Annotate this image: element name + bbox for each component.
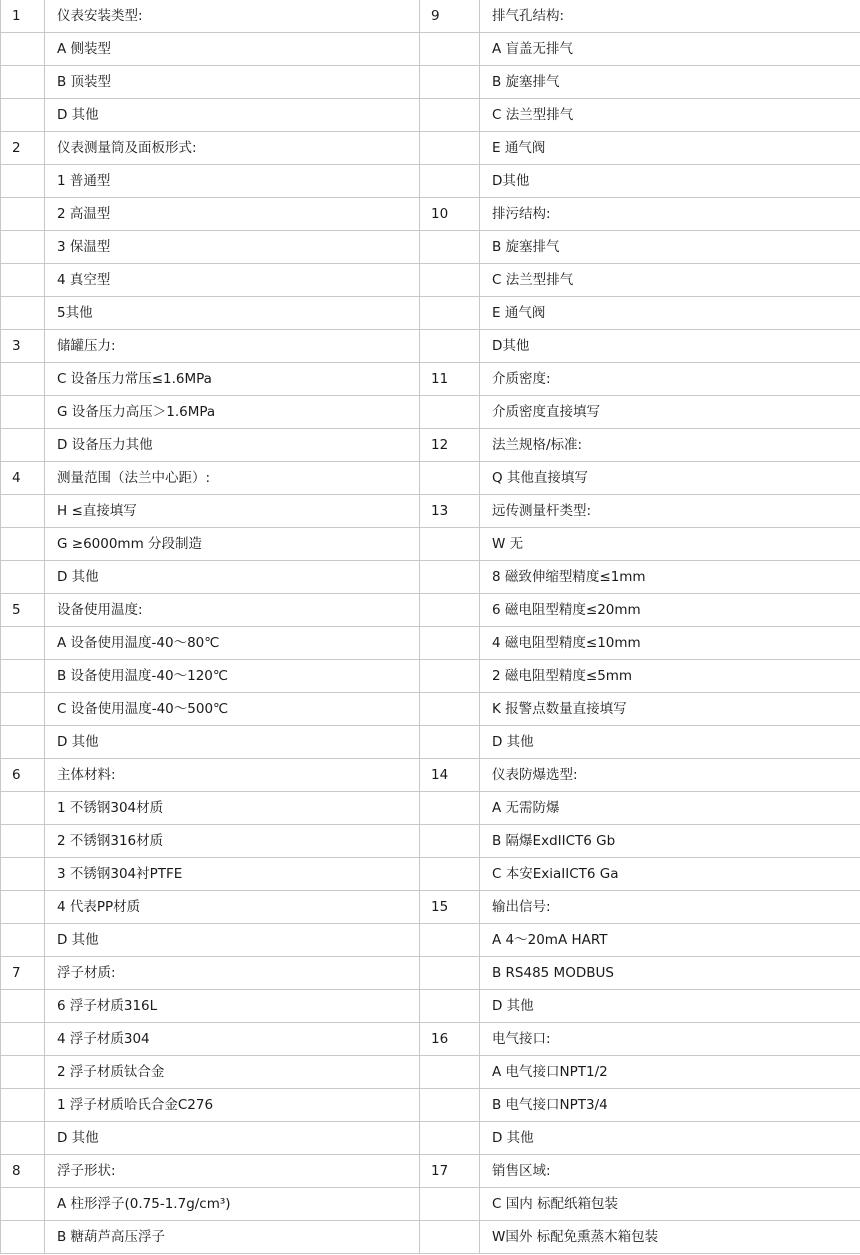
table-row: 3储罐压力:D其他 xyxy=(1,330,860,363)
table-row: D 其他A 4～20mA HART xyxy=(1,924,860,957)
left-item-number xyxy=(1,1221,45,1254)
right-option-text: C 本安ExiaIICT6 Ga xyxy=(480,858,860,891)
right-option-text: D 其他 xyxy=(480,990,860,1023)
right-option-text: 输出信号: xyxy=(480,891,860,924)
table-row: D 其他8 磁致伸缩型精度≤1mm xyxy=(1,561,860,594)
right-option-text: D 其他 xyxy=(480,1122,860,1155)
left-item-number xyxy=(1,363,45,396)
left-item-number xyxy=(1,660,45,693)
left-item-number xyxy=(1,1023,45,1056)
right-item-number xyxy=(420,165,480,198)
left-option-text: 浮子形状: xyxy=(45,1155,420,1188)
table-row: 6 浮子材质316LD 其他 xyxy=(1,990,860,1023)
left-option-text: 储罐压力: xyxy=(45,330,420,363)
left-option-text: D 其他 xyxy=(45,726,420,759)
table-row: 4 真空型C 法兰型排气 xyxy=(1,264,860,297)
right-option-text: K 报警点数量直接填写 xyxy=(480,693,860,726)
left-option-text: A 柱形浮子(0.75-1.7g/cm³) xyxy=(45,1188,420,1221)
left-item-number xyxy=(1,231,45,264)
right-option-text: 排气孔结构: xyxy=(480,0,860,33)
table-row: 2 浮子材质钛合金A 电气接口NPT1/2 xyxy=(1,1056,860,1089)
table-row: 3 保温型B 旋塞排气 xyxy=(1,231,860,264)
left-option-text: B 设备使用温度-40～120℃ xyxy=(45,660,420,693)
right-item-number xyxy=(420,561,480,594)
spec-table-body: 1仪表安装类型:9排气孔结构:A 侧装型A 盲盖无排气B 顶装型B 旋塞排气D … xyxy=(1,0,860,1254)
table-row: 4测量范围（法兰中心距）:Q 其他直接填写 xyxy=(1,462,860,495)
table-row: 8浮子形状:17销售区域: xyxy=(1,1155,860,1188)
table-row: C 设备压力常压≤1.6MPa11介质密度: xyxy=(1,363,860,396)
right-option-text: 排污结构: xyxy=(480,198,860,231)
left-option-text: C 设备压力常压≤1.6MPa xyxy=(45,363,420,396)
right-item-number: 15 xyxy=(420,891,480,924)
right-item-number: 13 xyxy=(420,495,480,528)
table-row: G 设备压力高压＞1.6MPa介质密度直接填写 xyxy=(1,396,860,429)
left-item-number xyxy=(1,891,45,924)
table-row: D 其他D 其他 xyxy=(1,726,860,759)
left-item-number xyxy=(1,627,45,660)
right-item-number: 12 xyxy=(420,429,480,462)
left-item-number xyxy=(1,528,45,561)
right-item-number xyxy=(420,924,480,957)
right-item-number xyxy=(420,594,480,627)
left-item-number xyxy=(1,99,45,132)
left-option-text: B 顶装型 xyxy=(45,66,420,99)
left-option-text: A 侧装型 xyxy=(45,33,420,66)
right-item-number xyxy=(420,396,480,429)
table-row: G ≥6000mm 分段制造W 无 xyxy=(1,528,860,561)
left-item-number: 5 xyxy=(1,594,45,627)
table-row: 5设备使用温度:6 磁电阻型精度≤20mm xyxy=(1,594,860,627)
table-row: 6主体材料:14仪表防爆选型: xyxy=(1,759,860,792)
left-item-number xyxy=(1,792,45,825)
right-option-text: W国外 标配免熏蒸木箱包装 xyxy=(480,1221,860,1254)
left-item-number: 7 xyxy=(1,957,45,990)
right-option-text: 6 磁电阻型精度≤20mm xyxy=(480,594,860,627)
left-item-number xyxy=(1,990,45,1023)
right-option-text: E 通气阀 xyxy=(480,297,860,330)
left-option-text: 测量范围（法兰中心距）: xyxy=(45,462,420,495)
table-row: 3 不锈钢304衬PTFEC 本安ExiaIICT6 Ga xyxy=(1,858,860,891)
right-item-number xyxy=(420,1188,480,1221)
left-option-text: A 设备使用温度-40～80℃ xyxy=(45,627,420,660)
left-item-number xyxy=(1,396,45,429)
left-option-text: 1 不锈钢304材质 xyxy=(45,792,420,825)
left-item-number xyxy=(1,198,45,231)
right-option-text: B 旋塞排气 xyxy=(480,66,860,99)
table-row: 1 普通型D其他 xyxy=(1,165,860,198)
right-item-number xyxy=(420,726,480,759)
right-item-number xyxy=(420,825,480,858)
left-option-text: 3 保温型 xyxy=(45,231,420,264)
table-row: 4 代表PP材质15输出信号: xyxy=(1,891,860,924)
left-option-text: D 设备压力其他 xyxy=(45,429,420,462)
right-item-number: 17 xyxy=(420,1155,480,1188)
right-item-number xyxy=(420,264,480,297)
right-option-text: B RS485 MODBUS xyxy=(480,957,860,990)
left-item-number xyxy=(1,1122,45,1155)
right-item-number xyxy=(420,1221,480,1254)
left-item-number: 6 xyxy=(1,759,45,792)
table-row: A 设备使用温度-40～80℃4 磁电阻型精度≤10mm xyxy=(1,627,860,660)
right-item-number xyxy=(420,1089,480,1122)
right-item-number xyxy=(420,231,480,264)
right-option-text: 介质密度直接填写 xyxy=(480,396,860,429)
right-option-text: B 电气接口NPT3/4 xyxy=(480,1089,860,1122)
right-option-text: 8 磁致伸缩型精度≤1mm xyxy=(480,561,860,594)
right-item-number: 9 xyxy=(420,0,480,33)
left-item-number: 8 xyxy=(1,1155,45,1188)
table-row: 7浮子材质:B RS485 MODBUS xyxy=(1,957,860,990)
left-item-number xyxy=(1,1188,45,1221)
left-option-text: B 糖葫芦高压浮子 xyxy=(45,1221,420,1254)
table-row: B 顶装型B 旋塞排气 xyxy=(1,66,860,99)
right-option-text: E 通气阀 xyxy=(480,132,860,165)
right-option-text: 法兰规格/标准: xyxy=(480,429,860,462)
right-option-text: D其他 xyxy=(480,330,860,363)
table-row: 4 浮子材质30416电气接口: xyxy=(1,1023,860,1056)
right-option-text: W 无 xyxy=(480,528,860,561)
left-option-text: G 设备压力高压＞1.6MPa xyxy=(45,396,420,429)
left-item-number xyxy=(1,561,45,594)
table-row: 5其他E 通气阀 xyxy=(1,297,860,330)
left-option-text: 5其他 xyxy=(45,297,420,330)
left-option-text: D 其他 xyxy=(45,924,420,957)
right-item-number xyxy=(420,330,480,363)
right-item-number xyxy=(420,858,480,891)
right-item-number xyxy=(420,528,480,561)
right-option-text: Q 其他直接填写 xyxy=(480,462,860,495)
left-option-text: 仪表测量筒及面板形式: xyxy=(45,132,420,165)
left-option-text: 2 浮子材质钛合金 xyxy=(45,1056,420,1089)
right-item-number xyxy=(420,132,480,165)
table-row: D 设备压力其他12法兰规格/标准: xyxy=(1,429,860,462)
table-row: B 糖葫芦高压浮子W国外 标配免熏蒸木箱包装 xyxy=(1,1221,860,1254)
spec-options-table: 1仪表安装类型:9排气孔结构:A 侧装型A 盲盖无排气B 顶装型B 旋塞排气D … xyxy=(0,0,860,1254)
right-option-text: 4 磁电阻型精度≤10mm xyxy=(480,627,860,660)
left-item-number xyxy=(1,858,45,891)
right-option-text: 电气接口: xyxy=(480,1023,860,1056)
left-item-number xyxy=(1,429,45,462)
right-item-number xyxy=(420,660,480,693)
right-item-number xyxy=(420,462,480,495)
table-row: 2 高温型10排污结构: xyxy=(1,198,860,231)
left-option-text: 1 普通型 xyxy=(45,165,420,198)
left-item-number xyxy=(1,66,45,99)
right-item-number xyxy=(420,1122,480,1155)
left-item-number xyxy=(1,495,45,528)
left-item-number xyxy=(1,297,45,330)
table-row: 2仪表测量筒及面板形式:E 通气阀 xyxy=(1,132,860,165)
left-item-number xyxy=(1,726,45,759)
right-option-text: D其他 xyxy=(480,165,860,198)
right-option-text: A 4～20mA HART xyxy=(480,924,860,957)
left-option-text: 仪表安装类型: xyxy=(45,0,420,33)
right-item-number xyxy=(420,66,480,99)
right-option-text: 2 磁电阻型精度≤5mm xyxy=(480,660,860,693)
left-option-text: C 设备使用温度-40～500℃ xyxy=(45,693,420,726)
right-option-text: 介质密度: xyxy=(480,363,860,396)
left-item-number: 4 xyxy=(1,462,45,495)
table-row: H ≤直接填写13远传测量杆类型: xyxy=(1,495,860,528)
left-option-text: 6 浮子材质316L xyxy=(45,990,420,1023)
right-item-number xyxy=(420,990,480,1023)
table-row: D 其他D 其他 xyxy=(1,1122,860,1155)
table-row: 1仪表安装类型:9排气孔结构: xyxy=(1,0,860,33)
table-row: 1 浮子材质哈氏合金C276B 电气接口NPT3/4 xyxy=(1,1089,860,1122)
right-item-number xyxy=(420,627,480,660)
left-option-text: D 其他 xyxy=(45,1122,420,1155)
left-option-text: G ≥6000mm 分段制造 xyxy=(45,528,420,561)
right-item-number xyxy=(420,792,480,825)
table-row: 2 不锈钢316材质B 隔爆ExdIICT6 Gb xyxy=(1,825,860,858)
left-option-text: 1 浮子材质哈氏合金C276 xyxy=(45,1089,420,1122)
right-item-number xyxy=(420,1056,480,1089)
left-option-text: D 其他 xyxy=(45,561,420,594)
left-option-text: 4 真空型 xyxy=(45,264,420,297)
left-option-text: H ≤直接填写 xyxy=(45,495,420,528)
left-option-text: 设备使用温度: xyxy=(45,594,420,627)
table-row: D 其他C 法兰型排气 xyxy=(1,99,860,132)
left-item-number: 2 xyxy=(1,132,45,165)
right-option-text: 远传测量杆类型: xyxy=(480,495,860,528)
left-option-text: D 其他 xyxy=(45,99,420,132)
right-item-number xyxy=(420,33,480,66)
left-item-number: 3 xyxy=(1,330,45,363)
left-item-number xyxy=(1,264,45,297)
right-option-text: A 无需防爆 xyxy=(480,792,860,825)
right-item-number xyxy=(420,99,480,132)
right-option-text: C 国内 标配纸箱包装 xyxy=(480,1188,860,1221)
left-option-text: 2 高温型 xyxy=(45,198,420,231)
right-option-text: B 旋塞排气 xyxy=(480,231,860,264)
right-option-text: C 法兰型排气 xyxy=(480,99,860,132)
right-item-number xyxy=(420,297,480,330)
right-option-text: A 电气接口NPT1/2 xyxy=(480,1056,860,1089)
left-option-text: 4 代表PP材质 xyxy=(45,891,420,924)
left-item-number xyxy=(1,165,45,198)
right-option-text: 仪表防爆选型: xyxy=(480,759,860,792)
right-item-number: 16 xyxy=(420,1023,480,1056)
right-item-number: 10 xyxy=(420,198,480,231)
table-row: B 设备使用温度-40～120℃2 磁电阻型精度≤5mm xyxy=(1,660,860,693)
right-item-number xyxy=(420,693,480,726)
left-item-number xyxy=(1,924,45,957)
right-option-text: B 隔爆ExdIICT6 Gb xyxy=(480,825,860,858)
left-item-number: 1 xyxy=(1,0,45,33)
table-row: C 设备使用温度-40～500℃K 报警点数量直接填写 xyxy=(1,693,860,726)
right-option-text: 销售区域: xyxy=(480,1155,860,1188)
table-row: 1 不锈钢304材质A 无需防爆 xyxy=(1,792,860,825)
right-option-text: A 盲盖无排气 xyxy=(480,33,860,66)
left-option-text: 4 浮子材质304 xyxy=(45,1023,420,1056)
left-item-number xyxy=(1,1056,45,1089)
left-option-text: 主体材料: xyxy=(45,759,420,792)
table-row: A 侧装型A 盲盖无排气 xyxy=(1,33,860,66)
left-option-text: 2 不锈钢316材质 xyxy=(45,825,420,858)
right-option-text: C 法兰型排气 xyxy=(480,264,860,297)
left-item-number xyxy=(1,33,45,66)
right-item-number xyxy=(420,957,480,990)
table-row: A 柱形浮子(0.75-1.7g/cm³)C 国内 标配纸箱包装 xyxy=(1,1188,860,1221)
right-item-number: 14 xyxy=(420,759,480,792)
right-item-number: 11 xyxy=(420,363,480,396)
left-item-number xyxy=(1,693,45,726)
left-item-number xyxy=(1,825,45,858)
left-option-text: 3 不锈钢304衬PTFE xyxy=(45,858,420,891)
left-option-text: 浮子材质: xyxy=(45,957,420,990)
left-item-number xyxy=(1,1089,45,1122)
right-option-text: D 其他 xyxy=(480,726,860,759)
